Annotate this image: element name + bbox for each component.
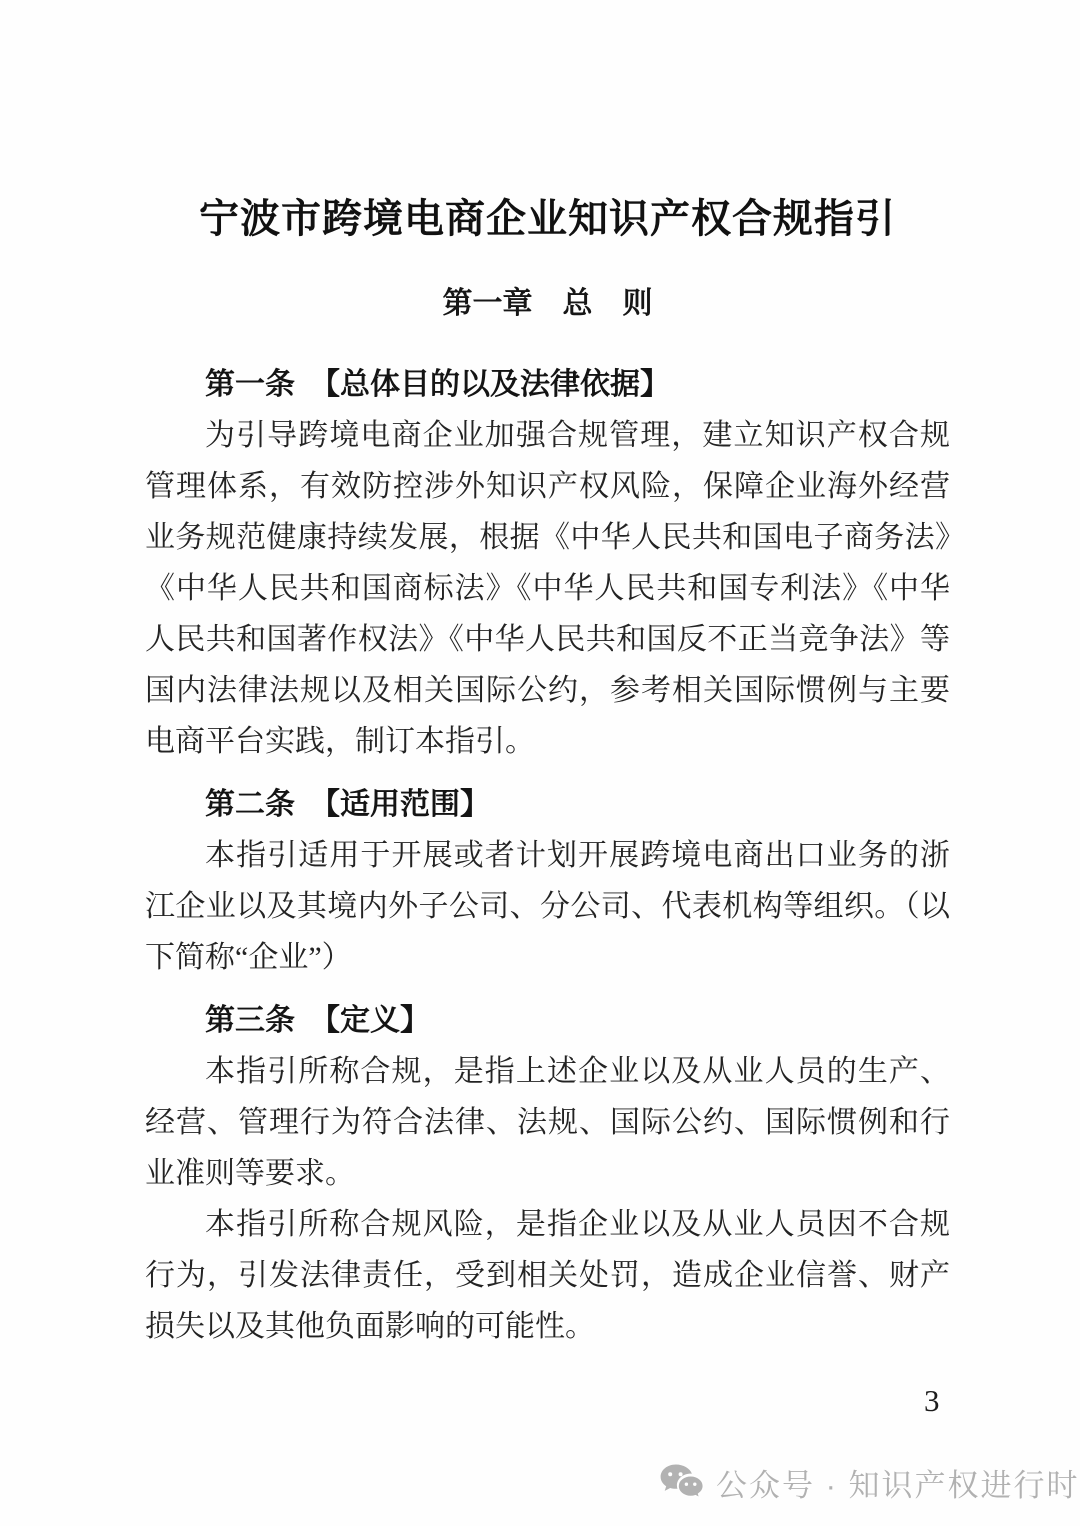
watermark: 公众号 · 知识产权进行时 [658, 1460, 1080, 1505]
article-2-paragraph: 本指引适用于开展或者计划开展跨境电商出口业务的浙江企业以及其境内外子公司、分公司… [145, 830, 950, 983]
watermark-text: 公众号 · 知识产权进行时 [716, 1460, 1080, 1505]
article-1: 第一条 【总体目的以及法律依据】 为引导跨境电商企业加强合规管理，建立知识产权合… [145, 359, 950, 767]
chapter-heading: 第一章 总 则 [145, 285, 950, 323]
article-3-paragraph-2: 本指引所称合规风险，是指企业以及从业人员因不合规行为，引发法律责任，受到相关处罚… [145, 1199, 950, 1352]
page-number: 3 [924, 1383, 940, 1419]
article-1-paragraph: 为引导跨境电商企业加强合规管理，建立知识产权合规管理体系，有效防控涉外知识产权风… [145, 410, 950, 767]
article-3-paragraph-1: 本指引所称合规，是指上述企业以及从业人员的生产、经营、管理行为符合法律、法规、国… [145, 1046, 950, 1199]
article-2: 第二条 【适用范围】 本指引适用于开展或者计划开展跨境电商出口业务的浙江企业以及… [145, 779, 950, 983]
article-3: 第三条 【定义】 本指引所称合规，是指上述企业以及从业人员的生产、经营、管理行为… [145, 995, 950, 1352]
document-content: 宁波市跨境电商企业知识产权合规指引 第一章 总 则 第一条 【总体目的以及法律依… [0, 0, 1080, 1352]
document-page: 宁波市跨境电商企业知识产权合规指引 第一章 总 则 第一条 【总体目的以及法律依… [0, 0, 1080, 1526]
article-3-heading: 第三条 【定义】 [145, 995, 950, 1046]
article-2-heading: 第二条 【适用范围】 [145, 779, 950, 830]
document-title: 宁波市跨境电商企业知识产权合规指引 [145, 0, 950, 245]
wechat-icon [658, 1463, 705, 1503]
article-1-heading: 第一条 【总体目的以及法律依据】 [145, 359, 950, 410]
